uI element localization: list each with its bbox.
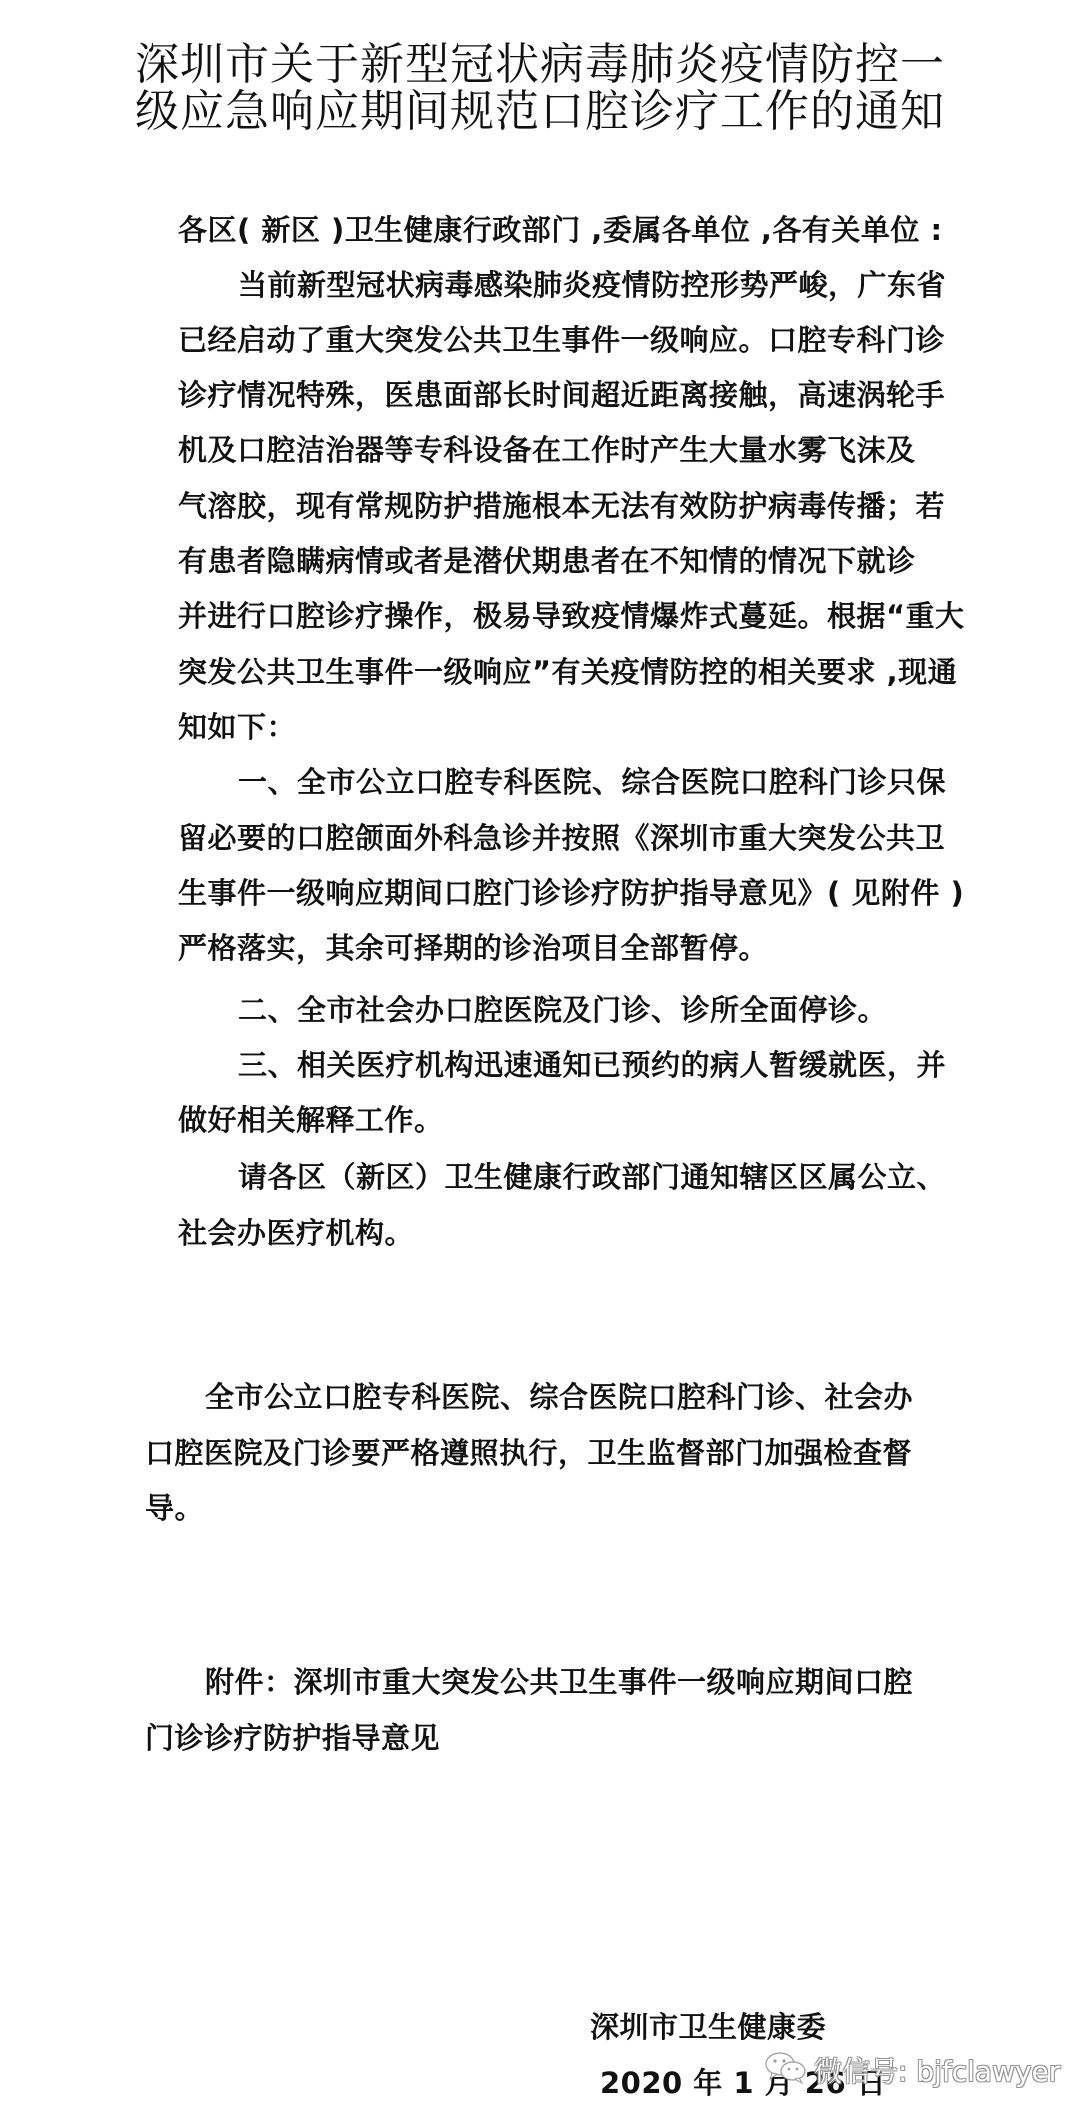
note-line: 导。 xyxy=(145,1491,204,1525)
document-title-line-1: 深圳市关于新型冠状病毒肺炎疫情防控一 xyxy=(0,41,1080,89)
note-line: 口腔医院及门诊要严格遵照执行，卫生监督部门加强检查督 xyxy=(145,1436,912,1470)
body-line: 气溶胶，现有常规防护措施根本无法有效防护病毒传播；若 xyxy=(178,489,945,523)
list-item-1-cont: 留必要的口腔颌面外科急诊并按照《深圳市重大突发公共卫 xyxy=(178,821,945,855)
issuer-signature: 深圳市卫生健康委 xyxy=(590,2010,826,2044)
list-item-1-cont: 生事件一级响应期间口腔门诊诊疗防护指导意见》( 见附件 ) xyxy=(178,876,964,910)
body-line: 有患者隐瞒病情或者是潜伏期患者在不知情的情况下就诊 xyxy=(178,544,916,578)
wechat-icon xyxy=(764,2050,808,2090)
body-line: 知如下： xyxy=(178,710,296,744)
salutation: 各区( 新区 )卫生健康行政部门 ,委属各单位 ,各有关单位 : xyxy=(178,213,943,247)
body-line: 机及口腔洁治器等专科设备在工作时产生大量水雾飞沫及 xyxy=(178,433,916,467)
list-item-1: 一、全市公立口腔专科医院、综合医院口腔科门诊只保 xyxy=(238,765,946,799)
document-title-line-2: 级应急响应期间规范口腔诊疗工作的通知 xyxy=(0,88,1080,136)
watermark-text: 微信号: bjfclawyer xyxy=(814,2050,1060,2090)
list-item-3: 三、相关医疗机构迅速通知已预约的病人暂缓就医，并 xyxy=(238,1048,946,1082)
body-line: 诊疗情况特殊，医患面部长时间超近距离接触，高速涡轮手 xyxy=(178,378,945,412)
body-line: 突发公共卫生事件一级响应”有关疫情防控的相关要求 ,现通 xyxy=(178,655,957,689)
closing-request-cont: 社会办医疗机构。 xyxy=(178,1216,414,1250)
closing-request: 请各区（新区）卫生健康行政部门通知辖区区属公立、 xyxy=(238,1160,946,1194)
body-line: 已经启动了重大突发公共卫生事件一级响应。口腔专科门诊 xyxy=(178,323,945,357)
attachment-line: 附件：深圳市重大突发公共卫生事件一级响应期间口腔 xyxy=(205,1665,913,1699)
wechat-watermark: 微信号: bjfclawyer xyxy=(764,2050,1060,2090)
attachment-line: 门诊诊疗防护指导意见 xyxy=(145,1721,440,1755)
list-item-2: 二、全市社会办口腔医院及门诊、诊所全面停诊。 xyxy=(238,993,887,1027)
note-line: 全市公立口腔专科医院、综合医院口腔科门诊、社会办 xyxy=(205,1380,913,1414)
list-item-3-cont: 做好相关解释工作。 xyxy=(178,1103,444,1137)
list-item-1-cont: 严格落实，其余可择期的诊治项目全部暂停。 xyxy=(178,931,768,965)
body-line: 并进行口腔诊疗操作，极易导致疫情爆炸式蔓延。根据“重大 xyxy=(178,599,965,633)
body-line: 当前新型冠状病毒感染肺炎疫情防控形势严峻，广东省 xyxy=(238,268,946,302)
